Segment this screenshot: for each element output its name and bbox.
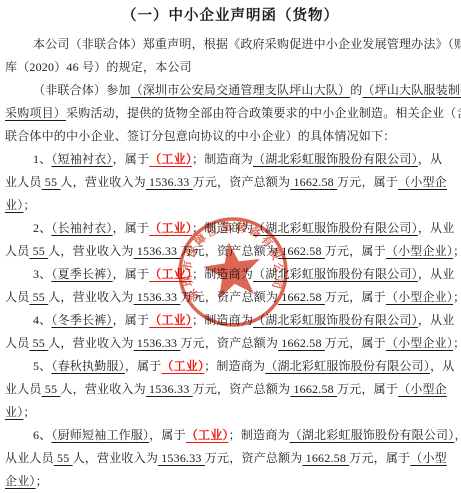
filled-blank-underlined: （深圳市公安局交通管理支队坪山大队） [131,83,351,97]
filled-blank-underlined: 1536.33 [146,175,193,189]
text-run: 万元，资产总额为 [205,451,303,465]
document-line: 1、（短袖衬衣），属于（工业）；制造商为（湖北彩虹服饰股份有限公司），从 [5,148,456,171]
document-line: 人员 55 人，营业收入为 1536.33 万元，资产总额为 1662.58 万… [5,286,456,309]
text-run: ；； [453,336,461,350]
text-run: 业人员 [5,382,42,396]
filled-blank-underlined: （厨师短袖工作服） [51,428,149,442]
text-run: 万元，资产总额为 [193,382,291,396]
text-run: ；制造商为 [192,221,253,235]
filled-blank-underlined: （湖北彩虹服饰股份有限公司） [253,152,418,166]
filled-blank-underlined: （湖北彩虹服饰股份有限公司） [253,221,418,235]
document-line: 人员 55 人，营业收入为 1536.33 万元，资产总额为 1662.58 万… [5,240,456,263]
text-run: ；制造商为 [204,359,265,373]
filled-blank-underlined: 1662.58 [278,336,325,350]
text-run: 万元，属于 [325,244,386,258]
filled-blank-underlined: （夏季长裤） [51,267,112,281]
document-line: 3、（夏季长裤），属于（工业）；制造商为（湖北彩虹服饰股份有限公司），从业 [5,263,456,286]
filled-blank-underlined: （小型企业） [386,290,453,304]
filled-blank-underlined: （湖北彩虹服饰股份有限公司） [290,428,455,442]
text-run: 万元，属于 [325,290,386,304]
text-run: 人员 [5,336,29,350]
text-run: 人，营业收入为 [48,244,133,258]
document-line: 业人员 55 人，营业收入为 1536.33 万元，资产总额为 1662.58 … [5,378,456,401]
filled-blank-underlined: 采购项目） [5,106,66,120]
text-run: ；制造商为 [229,428,290,442]
text-run: 1、 [33,152,51,166]
document-line: 联合体中的中小企业、签订分包意向协议的中小企业）的具体情况如下： [5,125,456,148]
filled-blank-underlined: 55 [29,244,48,258]
filled-blank-underlined: 1536.33 [134,336,181,350]
filled-blank-underlined: 1662.58 [290,382,337,396]
document-body: 本公司（非联合体）郑重声明，根据《政府采购促进中小企业发展管理办法》（财库（20… [5,33,456,493]
text-run: 人，营业收入为 [60,382,145,396]
text-run: 3、 [33,267,51,281]
filled-blank-underlined: （坪山大队服装制作 [362,83,461,97]
filled-blank-underlined: 55 [29,336,48,350]
filled-blank-underlined: 1536.33 [158,451,205,465]
text-run: 业人员 [5,175,42,189]
text-run: 从业人员 [5,451,54,465]
text-run: 万元，属于 [337,175,398,189]
text-run: ， [454,428,461,442]
filled-blank-underlined: 1536.33 [134,244,181,258]
filled-blank-underlined: （湖北彩虹服饰股份有限公司） [265,359,430,373]
text-run: ，从业 [418,221,455,235]
text-run: ，属于 [113,313,150,327]
text-run: 人员 [5,244,29,258]
text-run: ，属于 [113,267,150,281]
text-run: ；制造商为 [192,267,253,281]
document-line: 2、（长袖衬衣），属于（工业）；制造商为（湖北彩虹服饰股份有限公司），从业 [5,217,456,240]
text-run: 本公司（非联合体）郑重声明，根据《政府采购促进中小企业发展管理办法》（财 [33,37,461,51]
text-run: ； [23,198,35,212]
filled-blank-underlined: 业） [5,405,23,419]
document-line: 5、（春秋执勤服），属于（工业）；制造商为（湖北彩虹服饰股份有限公司），从 [5,355,456,378]
text-run: 6、 [33,428,51,442]
text-run: 人，营业收入为 [73,451,158,465]
text-run: 人，营业收入为 [48,336,133,350]
filled-blank-underlined: 1536.33 [146,382,193,396]
filled-blank-red: （工业） [149,267,192,281]
document-line: 业）； [5,194,456,217]
filled-blank-underlined: 1662.58 [290,175,337,189]
text-run: （非联合体）参加 [33,83,131,97]
document-line: （非联合体）参加（深圳市公安局交通管理支队坪山大队）的（坪山大队服装制作 [5,79,456,102]
text-run: 人，营业收入为 [60,175,145,189]
filled-blank-underlined: 55 [29,290,48,304]
text-run: ；制造商为 [192,152,253,166]
document-line: 从业人员 55 人，营业收入为 1536.33 万元，资产总额为 1662.58… [5,447,456,470]
text-run: 4、 [33,313,51,327]
text-run: ，属于 [125,359,162,373]
filled-blank-red: （工业） [149,221,192,235]
document-line: 4、（冬季长裤），属于（工业）；制造商为（湖北彩虹服饰股份有限公司），从业 [5,309,456,332]
text-run: 万元，资产总额为 [180,244,278,258]
filled-blank-red: （工业） [161,359,204,373]
filled-blank-underlined: （小型企 [398,382,447,396]
filled-blank-underlined: 55 [42,382,61,396]
filled-blank-underlined: 1662.58 [278,244,325,258]
filled-blank-underlined: 1536.33 [134,290,181,304]
filled-blank-underlined: 企业） [5,474,36,488]
text-run: 联合体中的中小企业、签订分包意向协议的中小企业）的具体情况如下： [5,129,395,143]
document-line: 6、（厨师短袖工作服），属于（工业）；制造商为（湖北彩虹服饰股份有限公司）， [5,424,456,447]
filled-blank-red: （工业） [149,313,192,327]
filled-blank-underlined: （冬季长裤） [51,313,112,327]
text-run: 人员 [5,290,29,304]
filled-blank-underlined: （春秋执勤服） [51,359,124,373]
document-line: 本公司（非联合体）郑重声明，根据《政府采购促进中小企业发展管理办法》（财 [5,33,456,56]
document-line: 业人员 55 人，营业收入为 1536.33 万元，资产总额为 1662.58 … [5,171,456,194]
filled-blank-underlined: （小型 [410,451,447,465]
filled-blank-red: （工业） [149,152,192,166]
text-run: ，从 [418,152,442,166]
filled-blank-underlined: （湖北彩虹服饰股份有限公司） [253,267,418,281]
text-run: 库（2020）46 号）的规定，本公司 [5,60,192,74]
text-run: 5、 [33,359,51,373]
text-run: ，从业 [418,313,455,327]
document-line: 人员 55 人，营业收入为 1536.33 万元，资产总额为 1662.58 万… [5,332,456,355]
filled-blank-underlined: 业） [5,198,23,212]
text-run: 万元，属于 [337,382,398,396]
text-run: ； [36,474,48,488]
filled-blank-underlined: 55 [42,175,61,189]
text-run: 万元，资产总额为 [180,290,278,304]
text-run: ，属于 [113,152,150,166]
filled-blank-underlined: （长袖衬衣） [51,221,112,235]
text-run: 的 [350,83,362,97]
text-run: 2、 [33,221,51,235]
text-run: ，从 [430,359,454,373]
document-line: 库（2020）46 号）的规定，本公司 [5,56,456,79]
filled-blank-underlined: 1662.58 [278,290,325,304]
filled-blank-underlined: （小型企业） [386,244,453,258]
text-run: ，从业 [418,267,455,281]
filled-blank-underlined: 1662.58 [302,451,349,465]
filled-blank-underlined: （短袖衬衣） [51,152,112,166]
text-run: 万元，资产总额为 [193,175,291,189]
text-run: ；制造商为 [192,313,253,327]
text-run: 采购活动，提供的货物全部由符合政策要求的中小企业制造。相关企业（含 [66,106,461,120]
text-run: 万元，资产总额为 [180,336,278,350]
text-run: 人，营业收入为 [48,290,133,304]
text-run: ，属于 [113,221,150,235]
declaration-document-page: （一）中小企业声明函（货物） 本公司（非联合体）郑重声明，根据《政府采购促进中小… [0,0,461,493]
text-run: ，属于 [149,428,186,442]
document-line: 企业）； [5,470,456,493]
text-run: 万元，属于 [349,451,410,465]
document-line: 采购项目）采购活动，提供的货物全部由符合政策要求的中小企业制造。相关企业（含 [5,102,456,125]
text-run: 万元，属于 [325,336,386,350]
filled-blank-underlined: （小型企业） [386,336,453,350]
filled-blank-red: （工业） [186,428,229,442]
document-line: 业）； [5,401,456,424]
text-run: ； [453,244,461,258]
text-run: ；； [453,290,461,304]
document-title: （一）中小企业声明函（货物） [5,6,456,30]
filled-blank-underlined: （湖北彩虹服饰股份有限公司） [253,313,418,327]
filled-blank-underlined: （小型企 [398,175,447,189]
filled-blank-underlined: 55 [54,451,73,465]
text-run: ； [23,405,35,419]
